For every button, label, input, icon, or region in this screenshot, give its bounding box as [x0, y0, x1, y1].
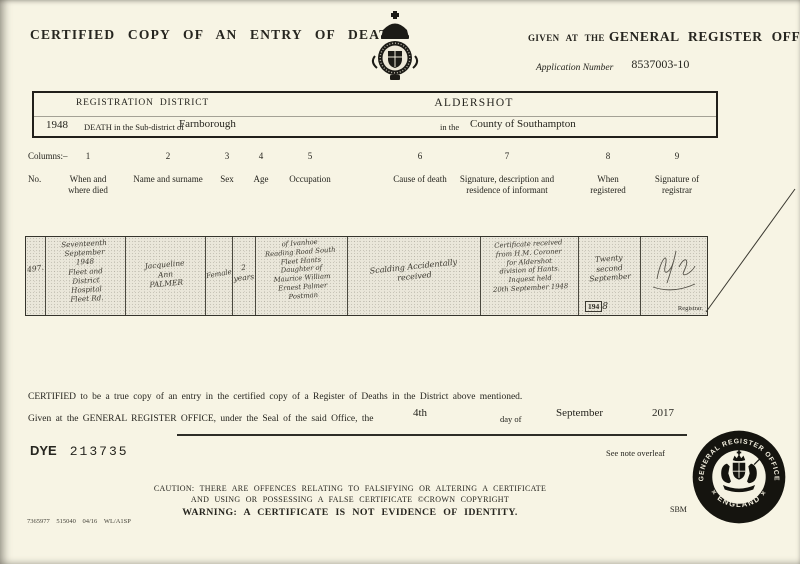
- entry-occupation: of Ivanhoe Reading Road South Fleet Hant…: [256, 237, 348, 304]
- entry-name-surname: Jacqueline Ann PALMER: [126, 257, 206, 293]
- entry-no: 497.: [26, 263, 46, 275]
- entry-cell-when-registered: Twenty second September 1948: [579, 237, 641, 315]
- county-name: County of Southampton: [470, 118, 576, 130]
- column-number: 7: [442, 151, 572, 174]
- application-number-value: 8537003-10: [631, 57, 689, 71]
- sbm-mark: SBM: [670, 505, 687, 514]
- registrar-label: Registrar.: [678, 305, 703, 312]
- column-header-no: No.: [28, 174, 58, 185]
- warning-text: WARNING: A CERTIFICATE IS NOT EVIDENCE O…: [100, 507, 600, 518]
- entry-age: 2 years.: [233, 262, 256, 283]
- given-at-heading: GIVEN AT THE GENERAL REGISTER OFFICE: [528, 28, 800, 46]
- registration-district-label: REGISTRATION DISTRICT: [76, 98, 209, 108]
- column-number: 1: [58, 151, 118, 174]
- column-label: Signature, description and residence of …: [460, 174, 554, 195]
- entry-when-where-died: Seventeenth September 1948 Fleet and Dis…: [46, 237, 126, 306]
- entry-cell-sex: Female: [206, 237, 233, 315]
- issue-month: September: [556, 407, 603, 419]
- print-code: 7365977 515040 04/16 WL/A1SP: [27, 518, 131, 525]
- caution-line-2: AND USING OR POSSESSING A FALSE CERTIFIC…: [100, 495, 600, 506]
- given-at-statement: Given at the GENERAL REGISTER OFFICE, un…: [28, 414, 374, 424]
- royal-arms-crest-icon: [366, 10, 424, 92]
- column-header-1: 1When and where died: [58, 151, 118, 196]
- column-header-9: 9Signature of registrar: [642, 151, 712, 196]
- in-the-label: in the: [440, 122, 459, 132]
- district-box-separator: [34, 116, 716, 117]
- column-number: 8: [578, 151, 638, 174]
- column-number: 5: [275, 151, 345, 174]
- see-note-overleaf: See note overleaf: [606, 448, 665, 458]
- certificate-title: CERTIFIED COPY OF AN ENTRY OF DEATH: [30, 27, 401, 43]
- entry-cause-of-death: Scalding Accidentally received: [348, 255, 481, 289]
- column-label: When registered: [590, 174, 625, 195]
- sub-district-name: Farnborough: [179, 118, 236, 130]
- column-label: Signature of registrar: [655, 174, 699, 195]
- column-number: 9: [642, 151, 712, 174]
- year-stamp: 1948: [585, 302, 608, 312]
- year-stamp-written: 8: [602, 302, 608, 312]
- column-header-3: 3Sex: [212, 151, 242, 185]
- application-number-label: Application Number: [536, 63, 613, 73]
- entry-cell-name: Jacqueline Ann PALMER: [126, 237, 206, 315]
- column-header-8: 8When registered: [578, 151, 638, 196]
- column-label: Cause of death: [393, 174, 446, 184]
- day-of-label: day of: [500, 414, 521, 424]
- entry-when-registered: Twenty second September: [579, 252, 641, 285]
- death-in-subdistrict-label: DEATH in the Sub-district of: [84, 122, 184, 132]
- registration-district-box: REGISTRATION DISTRICT ALDERSHOT 1948 DEA…: [32, 91, 718, 138]
- column-header-5: 5Occupation: [275, 151, 345, 185]
- column-header-7: 7Signature, description and residence of…: [442, 151, 572, 196]
- entry-sex: Female: [206, 268, 233, 281]
- registrar-signature-icon: [643, 239, 703, 301]
- entry-cell-cause-of-death: Scalding Accidentally received: [348, 237, 481, 315]
- entry-cell-when-where-died: Seventeenth September 1948 Fleet and Dis…: [46, 237, 126, 315]
- certified-statement: CERTIFIED to be a true copy of an entry …: [28, 392, 522, 402]
- application-number: Application Number 8537003-10: [536, 57, 689, 75]
- entry-cell-occupation: of Ivanhoe Reading Road South Fleet Hant…: [256, 237, 348, 315]
- register-entry-row: 497. Seventeenth September 1948 Fleet an…: [25, 236, 708, 316]
- district-name: ALDERSHOT: [374, 97, 574, 109]
- footer-rule: [177, 434, 687, 436]
- given-at-prefix: GIVEN AT THE: [528, 33, 605, 43]
- column-label: Occupation: [289, 174, 330, 184]
- column-label: When and where died: [68, 174, 108, 195]
- death-certificate-page: CERTIFIED COPY OF AN ENTRY OF DEATH GIVE…: [0, 0, 800, 564]
- column-label: No.: [28, 174, 41, 184]
- general-register-office-seal: GENERAL REGISTER OFFICE × ENGLAND ×: [690, 428, 788, 526]
- entry-year: 1948: [46, 119, 68, 131]
- entry-informant: Certificate received from H.M. Coroner f…: [481, 237, 579, 295]
- serial-prefix: DYE: [30, 443, 57, 458]
- entry-cell-age: 2 years.: [233, 237, 256, 315]
- entry-cell-informant: Certificate received from H.M. Coroner f…: [481, 237, 579, 315]
- column-label: Age: [254, 174, 269, 184]
- office-name: GENERAL REGISTER OFFICE: [609, 29, 800, 44]
- entry-cell-registrar-signature: Registrar.: [641, 237, 707, 315]
- column-label: Sex: [220, 174, 234, 184]
- entry-cell-no: 497.: [26, 237, 46, 315]
- column-number: 2: [118, 151, 218, 174]
- certificate-serial: DYE 213735: [30, 442, 129, 460]
- issue-day: 4th: [413, 407, 427, 419]
- column-header-4: 4Age: [246, 151, 276, 185]
- caution-line-1: CAUTION: THERE ARE OFFENCES RELATING TO …: [100, 484, 600, 495]
- column-header-2: 2Name and surname: [118, 151, 218, 185]
- serial-number: 213735: [70, 444, 129, 459]
- column-label: Name and surname: [133, 174, 202, 184]
- caution-text: CAUTION: THERE ARE OFFENCES RELATING TO …: [100, 484, 600, 506]
- year-stamp-printed: 194: [585, 301, 602, 312]
- issue-year: 2017: [652, 407, 674, 419]
- column-number: 4: [246, 151, 276, 174]
- column-number: 3: [212, 151, 242, 174]
